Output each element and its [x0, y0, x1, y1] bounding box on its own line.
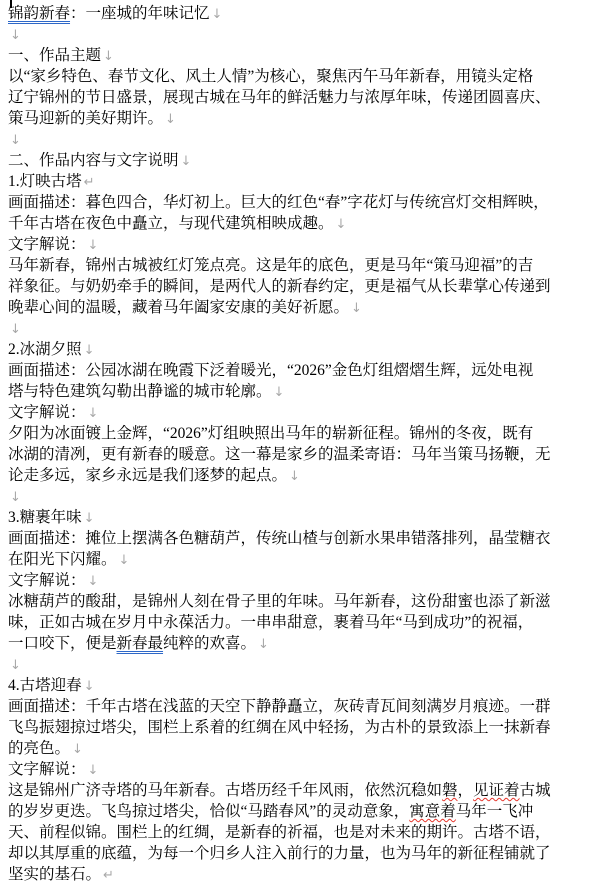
text-segment: 这是锦州广济寺塔的马年新春。古塔历经千年风雨，依然沉稳如 — [8, 782, 442, 799]
text-line[interactable]: 却以其厚重的底蕴，为每一个归乡人注入前行的力量，也为马年的新征程铺就了 — [8, 843, 594, 864]
line-break-mark-icon: ↓ — [336, 217, 347, 232]
text-line[interactable]: 冰湖的清冽，更有新春的暖意。这一幕是家乡的温柔寄语：马年当策马扬鞭，无 — [8, 444, 594, 465]
text-segment: 古城 — [520, 782, 551, 799]
line-break-mark-icon: ↓ — [10, 322, 21, 337]
line-break-mark-icon: ↓ — [10, 490, 21, 505]
text-segment: 4.古塔迎春 — [8, 677, 82, 694]
text-segment: 画面描述：公园冰湖在晚霞下泛着暖光，“2026”金色灯组熠熠生辉，远处电视 — [8, 362, 533, 379]
text-line[interactable]: 塔与特色建筑勾勒出静谧的城市轮廓。↓ — [8, 381, 594, 402]
text-line[interactable]: 画面描述：千年古塔在浅蓝的天空下静静矗立，灰砖青瓦间刻满岁月痕迹。一群 — [8, 696, 594, 717]
text-segment: 祥象征。与奶奶牵手的瞬间，是两代人的新春约定，更是福气从长辈掌心传递到 — [8, 278, 551, 295]
text-line[interactable]: 4.古塔迎春↓ — [8, 675, 594, 696]
text-segment: 却以其厚重的底蕴，为每一个归乡人注入前行的力量，也为马年的新征程铺就了 — [8, 845, 551, 862]
text-segment: 辽宁锦州的节日盛景，展现古城在马年的鲜活魅力与浓厚年味，传递团圆喜庆、 — [8, 89, 551, 106]
text-line[interactable]: 3.糖裹年味↓ — [8, 507, 594, 528]
text-segment: 文字解说： — [8, 761, 86, 778]
line-break-mark-icon: ↓ — [181, 154, 192, 169]
grammar-flagged-text: 新春最 — [117, 635, 164, 652]
text-segment: 论走多远，家乡永远是我们逐梦的起点。 — [8, 467, 287, 484]
text-line[interactable]: 以“家乡特色、春节文化、风土人情”为核心，聚焦丙午马年新春，用镜头定格 — [8, 66, 594, 87]
text-segment: 的岁岁更迭。飞鸟掠过塔尖，恰似“马踏春风”的灵动意象， — [8, 803, 409, 820]
text-line[interactable]: 画面描述：公园冰湖在晚霞下泛着暖光，“2026”金色灯组熠熠生辉，远处电视 — [8, 360, 594, 381]
text-line[interactable]: 锦韵新春：一座城的年味记忆↓ — [8, 3, 594, 24]
line-break-mark-icon: ↓ — [289, 469, 300, 484]
line-break-mark-icon: ↓ — [165, 112, 176, 127]
text-line[interactable]: 晚辈心间的温暖，藏着马年阖家安康的美好祈愿。↓ — [8, 297, 594, 318]
text-segment: 一口咬下，便是 — [8, 635, 117, 652]
text-segment: 2.冰湖夕照 — [8, 341, 82, 358]
text-line[interactable]: ↓ — [8, 654, 594, 675]
text-segment: 纯粹的欢喜。 — [163, 635, 256, 652]
line-break-mark-icon: ↓ — [84, 511, 95, 526]
text-line[interactable]: 这是锦州广济寺塔的马年新春。古塔历经千年风雨，依然沉稳如磐，见证着古城 — [8, 780, 594, 801]
paragraph-return-mark-icon: ↵ — [103, 868, 114, 883]
spellcheck-flagged-text: 寓意着 — [409, 803, 456, 820]
text-segment: 文字解说： — [8, 236, 86, 253]
text-segment: 飞鸟振翅掠过塔尖，围栏上系着的红绸在风中轻扬，为古朴的景致添上一抹新春 — [8, 719, 551, 736]
text-line[interactable]: 冰糖葫芦的酸甜，是锦州人刻在骨子里的年味。马年新春，这份甜蜜也添了新滋 — [8, 591, 594, 612]
text-line[interactable]: 坚实的基石。↵ — [8, 864, 594, 885]
text-line[interactable]: 夕阳为冰面镀上金辉，“2026”灯组映照出马年的崭新征程。锦州的冬夜，既有 — [8, 423, 594, 444]
text-line[interactable]: ↓ — [8, 129, 594, 150]
spellcheck-flagged-text: 磐 — [442, 782, 458, 799]
text-segment: 塔与特色建筑勾勒出静谧的城市轮廓。 — [8, 383, 272, 400]
text-segment: 在阳光下闪耀。 — [8, 551, 117, 568]
line-break-mark-icon: ↓ — [88, 763, 99, 778]
text-segment: 冰糖葫芦的酸甜，是锦州人刻在骨子里的年味。马年新春，这份甜蜜也添了新滋 — [8, 593, 551, 610]
text-line[interactable]: 味，正如古城在岁月中永葆活力。一串串甜意，裹着马年“马到成功”的祝福， — [8, 612, 594, 633]
text-line[interactable]: ↓ — [8, 318, 594, 339]
paragraph-return-mark-icon: ↵ — [84, 175, 95, 190]
text-segment: 1.灯映古塔 — [8, 173, 82, 190]
line-break-mark-icon: ↓ — [212, 7, 223, 22]
text-line[interactable]: 马年新春，锦州古城被红灯笼点亮。这是年的底色，更是马年“策马迎福”的吉 — [8, 255, 594, 276]
text-segment: ， — [458, 782, 474, 799]
text-segment: 冰湖的清冽，更有新春的暖意。这一幕是家乡的温柔寄语：马年当策马扬鞭，无 — [8, 446, 551, 463]
text-line[interactable]: 文字解说：↓ — [8, 402, 594, 423]
text-line[interactable]: 文字解说：↓ — [8, 759, 594, 780]
text-line[interactable]: 策马迎新的美好期许。↓ — [8, 108, 594, 129]
text-segment: 3.糖裹年味 — [8, 509, 82, 526]
line-break-mark-icon: ↓ — [88, 574, 99, 589]
text-line[interactable]: 飞鸟振翅掠过塔尖，围栏上系着的红绸在风中轻扬，为古朴的景致添上一抹新春 — [8, 717, 594, 738]
text-line[interactable]: 画面描述：暮色四合，华灯初上。巨大的红色“春”字花灯与传统宫灯交相辉映， — [8, 192, 594, 213]
text-line[interactable]: 文字解说：↓ — [8, 234, 594, 255]
text-segment: 画面描述：暮色四合，华灯初上。巨大的红色“春”字花灯与传统宫灯交相辉映， — [8, 194, 549, 211]
text-line[interactable]: 一、作品主题↓ — [8, 45, 594, 66]
spellcheck-flagged-text: 见证着 — [473, 782, 520, 799]
text-line[interactable]: 千年古塔在夜色中矗立，与现代建筑相映成趣。↓ — [8, 213, 594, 234]
text-segment: 画面描述：摊位上摆满各色糖葫芦，传统山楂与创新水果串错落排列，晶莹糖衣 — [8, 530, 551, 547]
line-break-mark-icon: ↓ — [84, 679, 95, 694]
text-line[interactable]: 的亮色。↓ — [8, 738, 594, 759]
text-segment: 文字解说： — [8, 572, 86, 589]
text-segment: ：一座城的年味记忆 — [70, 5, 210, 22]
text-segment: 天、前程似锦。围栏上的红绸，是新春的祈福，也是对未来的期许。古塔不语， — [8, 824, 551, 841]
grammar-flagged-text: 锦韵新春 — [8, 5, 70, 22]
line-break-mark-icon: ↓ — [10, 28, 21, 43]
line-break-mark-icon: ↓ — [88, 238, 99, 253]
text-segment: 以“家乡特色、春节文化、风土人情”为核心，聚焦丙午马年新春，用镜头定格 — [8, 68, 533, 85]
text-segment: 马年一飞冲 — [456, 803, 534, 820]
text-line[interactable]: 一口咬下，便是新春最纯粹的欢喜。↓ — [8, 633, 594, 654]
text-line[interactable]: 在阳光下闪耀。↓ — [8, 549, 594, 570]
line-break-mark-icon: ↓ — [88, 406, 99, 421]
text-line[interactable]: 画面描述：摊位上摆满各色糖葫芦，传统山楂与创新水果串错落排列，晶莹糖衣 — [8, 528, 594, 549]
text-segment: 千年古塔在夜色中矗立，与现代建筑相映成趣。 — [8, 215, 334, 232]
line-break-mark-icon: ↓ — [351, 301, 362, 316]
text-line[interactable]: ↓ — [8, 24, 594, 45]
text-segment: 策马迎新的美好期许。 — [8, 110, 163, 127]
text-line[interactable]: 祥象征。与奶奶牵手的瞬间，是两代人的新春约定，更是福气从长辈掌心传递到 — [8, 276, 594, 297]
text-line[interactable]: 文字解说：↓ — [8, 570, 594, 591]
text-line[interactable]: 辽宁锦州的节日盛景，展现古城在马年的鲜活魅力与浓厚年味，传递团圆喜庆、 — [8, 87, 594, 108]
text-line[interactable]: ↓ — [8, 486, 594, 507]
line-break-mark-icon: ↓ — [258, 637, 269, 652]
document-body: 锦韵新春：一座城的年味记忆↓↓一、作品主题↓以“家乡特色、春节文化、风土人情”为… — [8, 3, 594, 885]
text-line[interactable]: 的岁岁更迭。飞鸟掠过塔尖，恰似“马踏春风”的灵动意象，寓意着马年一飞冲 — [8, 801, 594, 822]
text-segment: 的亮色。 — [8, 740, 70, 757]
line-break-mark-icon: ↓ — [103, 49, 114, 64]
text-line[interactable]: 1.灯映古塔↵ — [8, 171, 594, 192]
line-break-mark-icon: ↓ — [119, 553, 130, 568]
text-segment: 马年新春，锦州古城被红灯笼点亮。这是年的底色，更是马年“策马迎福”的吉 — [8, 257, 533, 274]
text-segment: 一、作品主题 — [8, 47, 101, 64]
text-segment: 夕阳为冰面镀上金辉，“2026”灯组映照出马年的崭新征程。锦州的冬夜，既有 — [8, 425, 533, 442]
text-segment: 文字解说： — [8, 404, 86, 421]
text-line[interactable]: 天、前程似锦。围栏上的红绸，是新春的祈福，也是对未来的期许。古塔不语， — [8, 822, 594, 843]
line-break-mark-icon: ↓ — [84, 343, 95, 358]
line-break-mark-icon: ↓ — [10, 658, 21, 673]
text-segment: 画面描述：千年古塔在浅蓝的天空下静静矗立，灰砖青瓦间刻满岁月痕迹。一群 — [8, 698, 551, 715]
text-line[interactable]: 2.冰湖夕照↓ — [8, 339, 594, 360]
document-canvas[interactable]: 锦韵新春：一座城的年味记忆↓↓一、作品主题↓以“家乡特色、春节文化、风土人情”为… — [0, 0, 594, 887]
text-segment: 味，正如古城在岁月中永葆活力。一串串甜意，裹着马年“马到成功”的祝福， — [8, 614, 533, 631]
text-segment: 坚实的基石。 — [8, 866, 101, 883]
text-segment: 二、作品内容与文字说明 — [8, 152, 179, 169]
text-line[interactable]: 二、作品内容与文字说明↓ — [8, 150, 594, 171]
line-break-mark-icon: ↓ — [274, 385, 285, 400]
text-segment: 晚辈心间的温暖，藏着马年阖家安康的美好祈愿。 — [8, 299, 349, 316]
line-break-mark-icon: ↓ — [72, 742, 83, 757]
text-line[interactable]: 论走多远，家乡永远是我们逐梦的起点。↓ — [8, 465, 594, 486]
line-break-mark-icon: ↓ — [10, 133, 21, 148]
text-cursor — [10, 0, 12, 8]
